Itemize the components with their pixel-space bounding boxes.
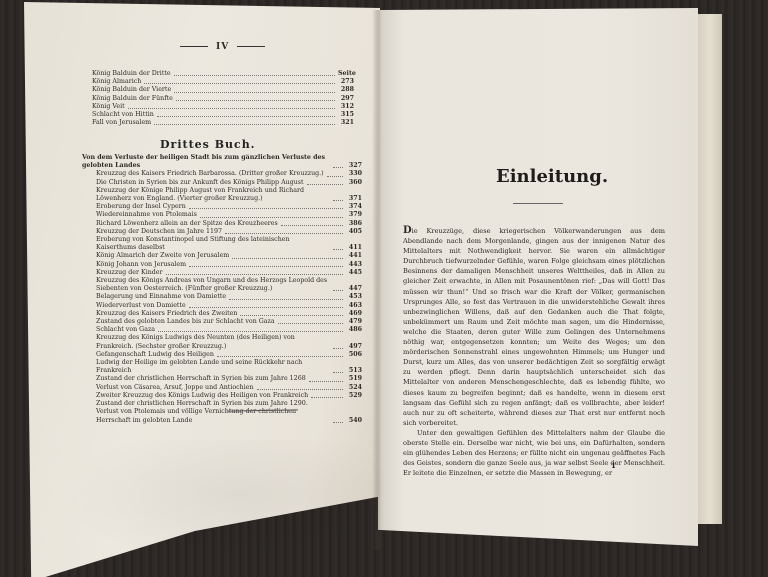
dot-leader xyxy=(281,225,343,226)
dot-leader xyxy=(333,249,343,250)
toc-entry-page: 374 xyxy=(346,203,362,211)
toc-entry-page: 524 xyxy=(346,384,362,392)
dot-leader xyxy=(307,184,343,185)
toc-entry-page: 453 xyxy=(346,293,362,301)
toc-entry-title: Wiedereinnahme von Ptolemais xyxy=(96,211,197,219)
toc-entry-page: 441 xyxy=(346,252,362,260)
dot-leader xyxy=(333,348,343,349)
toc-entry-page: 447 xyxy=(346,285,362,293)
toc-entry-title: Zweiter Kreuzzug des Königs Ludwig des H… xyxy=(96,392,308,400)
toc-entry-page: 321 xyxy=(338,119,354,127)
toc-section-title: Von dem Verluste der heiligen Stadt bis … xyxy=(82,154,362,170)
toc-entry-page: 330 xyxy=(346,170,362,178)
toc-entry-page: 513 xyxy=(346,367,362,375)
dot-leader xyxy=(166,274,343,275)
toc-entry-page: 288 xyxy=(338,86,354,94)
toc-entry-page: 479 xyxy=(346,318,362,326)
head-rule-right xyxy=(237,46,265,47)
toc-entry-page: 445 xyxy=(346,269,362,277)
toc-entry-title: Zustand der christlichen Herrschaft in S… xyxy=(96,375,306,383)
dot-leader xyxy=(157,116,335,117)
toc-entry: Schlacht von Hittin315 xyxy=(92,111,354,119)
toc-entry-page: 486 xyxy=(346,326,362,334)
dot-leader xyxy=(240,315,343,316)
toc-entry-title: König Balduin der Dritte xyxy=(92,70,171,78)
toc-entry: König Johann von Jerusalem443 xyxy=(82,261,362,269)
toc-entry: Kreuzzug der Könige Philipp August von F… xyxy=(82,187,362,203)
dot-leader xyxy=(217,356,343,357)
dot-leader xyxy=(333,200,343,201)
toc-entry: König Veit312 xyxy=(92,103,354,111)
toc-entry: Kreuzzug des Kaisers Friedrich Barbaross… xyxy=(82,170,362,178)
drop-cap: D xyxy=(403,225,412,236)
paragraph-1-text: ie Kreuzzüge, diese kriegerischen Völker… xyxy=(403,227,665,427)
toc-entry-page: 540 xyxy=(346,417,362,425)
toc-entry: Zustand der christlichen Herrschaft in S… xyxy=(82,400,362,425)
toc-entry: Gefangenschaft Ludwig des Heiligen506 xyxy=(82,351,362,359)
toc-entry-title: Belagerung und Einnahme von Damiette xyxy=(96,293,226,301)
dot-leader xyxy=(174,92,335,93)
dot-leader xyxy=(189,208,343,209)
toc-entry: Ludwig der Heilige im gelobten Lande und… xyxy=(82,359,362,375)
toc-entry: Kreuzzug des Königs Andreas von Ungarn u… xyxy=(82,277,362,293)
paragraph-2: Unter den gewaltigen Gefühlen des Mittel… xyxy=(403,428,665,478)
head-rule-left xyxy=(180,46,208,47)
toc-entry-title: Kreuzzug der Kinder xyxy=(96,269,163,277)
toc-entry-page: 411 xyxy=(346,244,362,252)
dot-leader xyxy=(333,422,343,423)
toc-main-entries: Kreuzzug des Kaisers Friedrich Barbaross… xyxy=(82,170,362,424)
toc-entry-page: 497 xyxy=(346,343,362,351)
dot-leader xyxy=(333,167,343,168)
toc-entry: Zustand des gelobten Landes bis zur Schl… xyxy=(82,318,362,326)
toc-entry-title: Zustand des gelobten Landes bis zur Schl… xyxy=(96,318,275,326)
toc-entry: Kreuzzug des Kaisers Friedrich des Zweit… xyxy=(82,310,362,318)
running-head: IV xyxy=(172,42,273,52)
toc-entry-title: Kreuzzug der Deutschen im Jahre 1197 xyxy=(96,228,222,236)
toc-entry-title: Kreuzzug des Kaisers Friedrich Barbaross… xyxy=(96,170,324,178)
toc-entry-title: Eroberung von Konstantinopel und Stiftun… xyxy=(96,236,330,252)
toc-section-page: 327 xyxy=(346,162,362,170)
toc-entry-page: 529 xyxy=(346,392,362,400)
paragraph-1: Die Kreuzzüge, diese kriegerischen Völke… xyxy=(403,226,665,428)
toc-entry: Belagerung und Einnahme von Damiette453 xyxy=(82,293,362,301)
toc-entry-title: König Almarich xyxy=(92,78,141,86)
toc-entry-title: Kreuzzug des Königs Andreas von Ungarn u… xyxy=(96,277,330,293)
toc-entry-title: König Balduin der Fünfte xyxy=(92,95,173,103)
dot-leader xyxy=(225,233,343,234)
toc-main-list: Von dem Verluste der heiligen Stadt bis … xyxy=(82,154,362,425)
toc-entry: Kreuzzug der Deutschen im Jahre 1197405 xyxy=(82,228,362,236)
page-stack-edge xyxy=(698,14,722,524)
dot-leader xyxy=(278,323,343,324)
toc-entry: Fall von Jerusalem321 xyxy=(92,119,354,127)
dot-leader xyxy=(257,389,343,390)
toc-entry-title: Kreuzzug der Könige Philipp August von F… xyxy=(96,187,330,203)
toc-entry-page: 519 xyxy=(346,375,362,383)
toc-entry-title: Zustand der christlichen Herrschaft in S… xyxy=(96,400,330,425)
toc-entry-title: Gefangenschaft Ludwig des Heiligen xyxy=(96,351,214,359)
dot-leader xyxy=(154,124,335,125)
toc-entry-title: Richard Löwenherz allein an der Spitze d… xyxy=(96,220,278,228)
toc-entry: Zustand der christlichen Herrschaft in S… xyxy=(82,375,362,383)
toc-entry-title: König Johann von Jerusalem xyxy=(96,261,186,269)
toc-entry-title: Wiederverlust von Damiette xyxy=(96,302,186,310)
toc-entry: Richard Löwenherz allein an der Spitze d… xyxy=(82,220,362,228)
toc-entry-title: Kreuzzug des Kaisers Friedrich des Zweit… xyxy=(96,310,237,318)
toc-entry-page: 315 xyxy=(338,111,354,119)
toc-entry: König Balduin der Vierte288 xyxy=(92,86,354,94)
toc-entry-title: Schlacht von Gaza xyxy=(96,326,155,334)
toc-entry-title: Kreuzzug des Königs Ludwigs des Neunten … xyxy=(96,334,330,350)
toc-section-title-text: Von dem Verluste der heiligen Stadt bis … xyxy=(82,154,330,170)
toc-entry: Die Christen in Syrien bis zur Ankunft d… xyxy=(82,179,362,187)
toc-entry: König Balduin der DritteSeite xyxy=(92,70,354,78)
toc-entry-title: Die Christen in Syrien bis zur Ankunft d… xyxy=(96,179,304,187)
toc-entry-page: 360 xyxy=(346,179,362,187)
toc-entry-page: 469 xyxy=(346,310,362,318)
toc-entry: Zweiter Kreuzzug des Königs Ludwig des H… xyxy=(82,392,362,400)
dot-leader xyxy=(189,266,343,267)
toc-entry-page: 443 xyxy=(346,261,362,269)
toc-entry-page: 312 xyxy=(338,103,354,111)
dot-leader xyxy=(189,307,343,308)
toc-entry-title: König Almarich der Zweite von Jerusalem xyxy=(96,252,229,260)
toc-entry: Verlust von Cäsarea, Arsuf, Joppe und An… xyxy=(82,384,362,392)
toc-entry-title: Ludwig der Heilige im gelobten Lande und… xyxy=(96,359,330,375)
toc-entry-page: 463 xyxy=(346,302,362,310)
toc-entry: Kreuzzug des Königs Ludwigs des Neunten … xyxy=(82,334,362,350)
chapter-title: Einleitung. xyxy=(496,166,608,187)
toc-entry-page: 386 xyxy=(346,220,362,228)
toc-top-list: König Balduin der DritteSeiteKönig Almar… xyxy=(92,70,354,127)
toc-entry-title: Fall von Jerusalem xyxy=(92,119,151,127)
toc-entry-title: Schlacht von Hittin xyxy=(92,111,154,119)
toc-entry-page: Seite xyxy=(338,70,354,78)
toc-entry: König Almarich der Zweite von Jerusalem4… xyxy=(82,252,362,260)
page-roman-numeral: IV xyxy=(216,42,229,52)
dot-leader xyxy=(144,83,335,84)
toc-entry: Eroberung der Insel Cypern374 xyxy=(82,203,362,211)
dot-leader xyxy=(229,299,343,300)
page-number: 1 xyxy=(611,461,616,470)
toc-entry: König Balduin der Fünfte297 xyxy=(92,95,354,103)
toc-entry: Schlacht von Gaza486 xyxy=(82,326,362,334)
chapter-rule xyxy=(513,203,563,204)
toc-entry: Eroberung von Konstantinopel und Stiftun… xyxy=(82,236,362,252)
dot-leader xyxy=(327,176,343,177)
toc-entry-title: König Veit xyxy=(92,103,125,111)
toc-entry: Wiederverlust von Damiette463 xyxy=(82,302,362,310)
page-shadow xyxy=(24,440,384,577)
toc-entry-title: König Balduin der Vierte xyxy=(92,86,171,94)
body-text: Die Kreuzzüge, diese kriegerischen Völke… xyxy=(403,226,665,478)
dot-leader xyxy=(176,100,335,101)
toc-entry: Wiedereinnahme von Ptolemais379 xyxy=(82,211,362,219)
toc-entry: Kreuzzug der Kinder445 xyxy=(82,269,362,277)
dot-leader xyxy=(309,381,343,382)
dot-leader xyxy=(174,75,335,76)
toc-entry-page: 506 xyxy=(346,351,362,359)
dot-leader xyxy=(158,331,343,332)
dot-leader xyxy=(128,108,335,109)
dot-leader xyxy=(333,372,343,373)
dot-leader xyxy=(333,290,343,291)
toc-entry-page: 405 xyxy=(346,228,362,236)
toc-entry: König Almarich273 xyxy=(92,78,354,86)
toc-entry-page: 297 xyxy=(338,95,354,103)
toc-entry-page: 379 xyxy=(346,211,362,219)
toc-entry-page: 273 xyxy=(338,78,354,86)
toc-entry-title: Eroberung der Insel Cypern xyxy=(96,203,186,211)
book-heading: Drittes Buch. xyxy=(160,138,256,151)
toc-entry-title: Verlust von Cäsarea, Arsuf, Joppe und An… xyxy=(96,384,254,392)
dot-leader xyxy=(200,217,343,218)
dot-leader xyxy=(311,397,343,398)
toc-entry-page: 371 xyxy=(346,195,362,203)
dot-leader xyxy=(232,258,343,259)
